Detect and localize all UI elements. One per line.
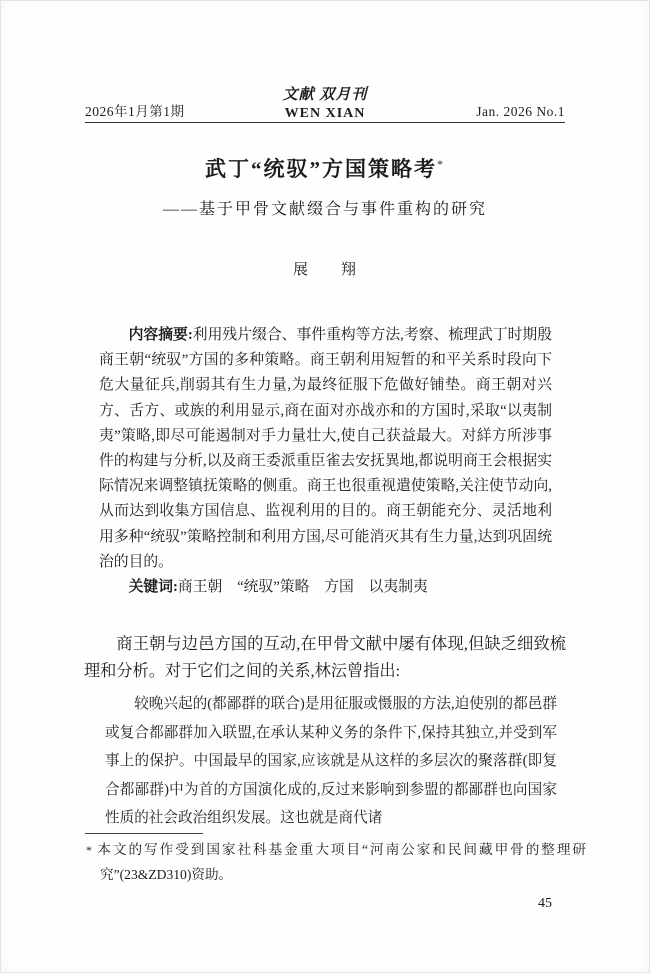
abstract-label: 内容摘要: [129,327,193,343]
article-author: 展 翔 [0,258,650,279]
footnote-marker: * [86,843,92,857]
journal-header: 2026年1月第1期 文献 双月刊 WEN XIAN Jan. 2026 No.… [85,80,565,120]
block-quote: 较晚兴起的(都鄙群的联合)是用征服或慑服的方法,迫使别的都邑群或复合都鄙群加入联… [105,690,557,833]
body-paragraph: 商王朝与边邑方国的互动,在甲骨文献中屡有体现,但缺乏细致梳理和分析。对于它们之间… [84,631,566,684]
title-footnote-marker: * [437,157,445,171]
article-title: 武丁“统驭”方国策略考* [0,153,650,183]
abstract-text: 利用残片缀合、事件重构等方法,考察、梳理武丁时期殷商王朝“统驭”方国的多种策略。… [99,327,552,570]
journal-name-en: WEN XIAN [283,105,368,123]
journal-masthead: 文献 双月刊 WEN XIAN [283,86,368,122]
footnote-text: 本文的写作受到国家社科基金重大项目“河南公家和民间藏甲骨的整理研究”(23&ZD… [97,842,586,882]
page-number: 45 [538,896,552,912]
footnote: * 本文的写作受到国家社科基金重大项目“河南公家和民间藏甲骨的整理研究”(23&… [86,838,586,886]
header-divider [85,122,565,123]
article-subtitle: ——基于甲骨文献缀合与事件重构的研究 [0,196,650,219]
journal-name-cn: 文献 双月刊 [283,86,368,105]
journal-page: 2026年1月第1期 文献 双月刊 WEN XIAN Jan. 2026 No.… [0,0,650,973]
abstract-paragraph: 内容摘要:利用残片缀合、事件重构等方法,考察、梳理武丁时期殷商王朝“统驭”方国的… [99,323,552,575]
issue-info-cn: 2026年1月第1期 [85,100,185,120]
article-title-text: 武丁“统驭”方国策略考 [205,157,437,181]
footnote-divider [85,833,203,834]
abstract-section: 内容摘要:利用残片缀合、事件重构等方法,考察、梳理武丁时期殷商王朝“统驭”方国的… [99,323,552,600]
keywords-label: 关键词: [129,579,178,595]
issue-info-en: Jan. 2026 No.1 [476,104,565,120]
keywords-line: 关键词:商王朝 “统驭”策略 方国 以夷制夷 [99,575,552,600]
keywords-text: 商王朝 “统驭”策略 方国 以夷制夷 [178,579,428,595]
